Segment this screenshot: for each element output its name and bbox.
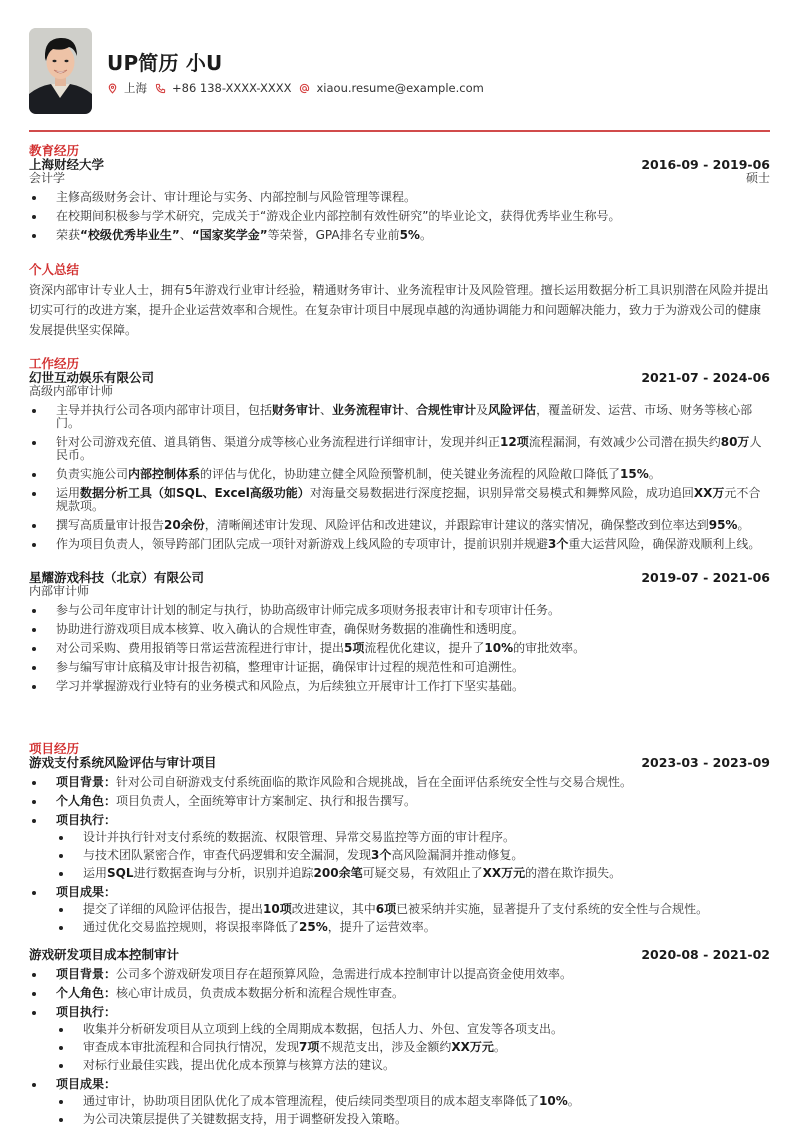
education-entry-sub: 会计学 硕士 bbox=[29, 172, 770, 185]
education-entry-head: 上海财经大学 2016-09 - 2019-06 bbox=[29, 158, 770, 172]
job-sub: 内部审计师 bbox=[29, 585, 770, 598]
section-title-work: 工作经历 bbox=[29, 357, 770, 371]
job-role: 内部审计师 bbox=[29, 585, 89, 598]
bullet-item: 荣获“校级优秀毕业生”、“国家奖学金”等荣誉，GPA排名专业前5%。 bbox=[29, 229, 770, 242]
project-bullets: 项目背景：针对公司自研游戏支付系统面临的欺诈风险和合规挑战，旨在全面评估系统安全… bbox=[29, 776, 770, 934]
company-name: 星耀游戏科技（北京）有限公司 bbox=[29, 571, 204, 585]
job-dates: 2021-07 - 2024-06 bbox=[641, 371, 770, 385]
field-label: 项目执行： bbox=[56, 1005, 116, 1019]
bullet-item: 参与公司年度审计计划的制定与执行，协助高级审计师完成多项财务报表审计和专项审计任… bbox=[29, 604, 770, 617]
education-dates: 2016-09 - 2019-06 bbox=[641, 158, 770, 172]
highlight-text: 15% bbox=[620, 467, 649, 481]
bullet-item: 参与编写审计底稿及审计报告初稿，整理审计证据，确保审计过程的规范性和可追溯性。 bbox=[29, 661, 770, 674]
results-list: 提交了详细的风险评估报告，提出10项改进建议，其中6项已被采纳并实施，显著提升了… bbox=[29, 903, 770, 934]
section-summary: 个人总结 资深内部审计专业人士，拥有5年游戏行业审计经验，精通财务审计、业务流程… bbox=[29, 263, 770, 340]
highlight-text: SQL bbox=[107, 866, 134, 880]
project-role: 个人角色：核心审计成员，负责成本数据分析和流程合规性审查。 bbox=[29, 987, 770, 1000]
highlight-text: 合规性审计 bbox=[416, 403, 476, 417]
execution-list: 收集并分析研发项目从立项到上线的全周期成本数据，包括人力、外包、宣发等各项支出。… bbox=[29, 1023, 770, 1072]
degree: 硕士 bbox=[746, 172, 770, 185]
summary-text: 资深内部审计专业人士，拥有5年游戏行业审计经验，精通财务审计、业务流程审计及风险… bbox=[29, 280, 770, 340]
project-head: 游戏支付系统风险评估与审计项目2023-03 - 2023-09 bbox=[29, 756, 770, 770]
highlight-text: 内部控制体系 bbox=[128, 467, 200, 481]
bullet-item: 在校期间积极参与学术研究，完成关于“游戏企业内部控制有效性研究”的毕业论文，获得… bbox=[29, 210, 770, 223]
bullet-item: 对公司采购、费用报销等日常运营流程进行审计，提出5项流程优化建议，提升了10%的… bbox=[29, 642, 770, 655]
bullet-item: 与技术团队紧密合作，审查代码逻辑和安全漏洞，发现3个高风险漏洞并推动修复。 bbox=[29, 849, 770, 862]
bullet-item: 对标行业最佳实践，提出优化成本预算与核算方法的建议。 bbox=[29, 1059, 770, 1072]
highlight-text: 业务流程审计 bbox=[332, 403, 404, 417]
bullet-item: 运用SQL进行数据查询与分析，识别并追踪200余笔可疑交易，有效阻止了XX万元的… bbox=[29, 867, 770, 880]
bullet-item: 撰写高质量审计报告20余份，清晰阐述审计发现、风险评估和改进建议，并跟踪审计建议… bbox=[29, 519, 770, 532]
highlight-text: 3个 bbox=[371, 848, 391, 862]
phone-icon bbox=[155, 83, 166, 94]
highlight-text: 3个 bbox=[548, 537, 568, 551]
job-bullets: 参与公司年度审计计划的制定与执行，协助高级审计师完成多项财务报表审计和专项审计任… bbox=[29, 604, 770, 693]
project-background: 项目背景：公司多个游戏研发项目存在超预算风险，急需进行成本控制审计以提高资金使用… bbox=[29, 968, 770, 981]
contact-row: 上海 +86 138-XXXX-XXXX xiaou.resume@exampl… bbox=[107, 80, 492, 96]
highlight-text: 7项 bbox=[299, 1040, 319, 1054]
job-entry: 星耀游戏科技（北京）有限公司 2019-07 - 2021-06 内部审计师 参… bbox=[29, 571, 770, 693]
project-role: 个人角色：项目负责人，全面统筹审计方案制定、执行和报告撰写。 bbox=[29, 795, 770, 808]
field-label: 项目背景： bbox=[56, 775, 116, 789]
job-dates: 2019-07 - 2021-06 bbox=[641, 571, 770, 585]
contact-email: xiaou.resume@example.com bbox=[299, 81, 483, 95]
school-name: 上海财经大学 bbox=[29, 158, 104, 172]
job-entry: 幻世互动娱乐有限公司 2021-07 - 2024-06 高级内部审计师 主导并… bbox=[29, 371, 770, 551]
field-label: 个人角色： bbox=[56, 986, 116, 1000]
job-bullets: 主导并执行公司各项内部审计项目，包括财务审计、业务流程审计、合规性审计及风险评估… bbox=[29, 404, 770, 551]
contact-location: 上海 bbox=[107, 80, 147, 96]
bullet-item: 运用数据分析工具（如SQL、Excel高级功能）对海量交易数据进行深度挖掘，识别… bbox=[29, 487, 770, 513]
highlight-text: “校级优秀毕业生” bbox=[80, 228, 180, 242]
highlight-text: 6项 bbox=[376, 902, 396, 916]
field-label: 项目背景： bbox=[56, 967, 116, 981]
bullet-item: 学习并掌握游戏行业特有的业务模式和风险点，为后续独立开展审计工作打下坚实基础。 bbox=[29, 680, 770, 693]
project-entry: 游戏研发项目成本控制审计2020-08 - 2021-02项目背景：公司多个游戏… bbox=[29, 948, 770, 1126]
header-divider bbox=[29, 130, 770, 132]
highlight-text: 12项 bbox=[500, 435, 529, 449]
avatar-photo bbox=[29, 28, 92, 114]
execution-list: 设计并执行针对支付系统的数据流、权限管理、异常交易监控等方面的审计程序。与技术团… bbox=[29, 831, 770, 880]
bullet-item: 主导并执行公司各项内部审计项目，包括财务审计、业务流程审计、合规性审计及风险评估… bbox=[29, 404, 770, 430]
project-results: 项目成果：提交了详细的风险评估报告，提出10项改进建议，其中6项已被采纳并实施，… bbox=[29, 886, 770, 934]
section-projects: 项目经历 游戏支付系统风险评估与审计项目2023-03 - 2023-09项目背… bbox=[29, 742, 770, 1126]
highlight-text: “国家奖学金” bbox=[192, 228, 268, 242]
contact-phone: +86 138-XXXX-XXXX bbox=[155, 81, 291, 95]
bullet-item: 审查成本审批流程和合同执行情况，发现7项不规范支出，涉及金额约XX万元。 bbox=[29, 1041, 770, 1054]
job-role: 高级内部审计师 bbox=[29, 385, 113, 398]
project-dates: 2020-08 - 2021-02 bbox=[641, 948, 770, 962]
bullet-item: 通过优化交易监控规则，将误报率降低了25%，提升了运营效率。 bbox=[29, 921, 770, 934]
bullet-item: 作为项目负责人，领导跨部门团队完成一项针对新游戏上线风险的专项审计，提前识别并规… bbox=[29, 538, 770, 551]
education-bullets: 主修高级财务会计、审计理论与实务、内部控制与风险管理等课程。在校期间积极参与学术… bbox=[29, 191, 770, 242]
bullet-item: 负责实施公司内部控制体系的评估与优化，协助建立健全风险预警机制，使关键业务流程的… bbox=[29, 468, 770, 481]
job-head: 幻世互动娱乐有限公司 2021-07 - 2024-06 bbox=[29, 371, 770, 385]
highlight-text: 10% bbox=[484, 641, 513, 655]
section-title-education: 教育经历 bbox=[29, 144, 770, 158]
highlight-text: 80万 bbox=[721, 435, 750, 449]
bullet-item: 为公司决策层提供了关键数据支持，用于调整研发投入策略。 bbox=[29, 1113, 770, 1126]
highlight-text: 20余份 bbox=[164, 518, 205, 532]
project-bullets: 项目背景：公司多个游戏研发项目存在超预算风险，急需进行成本控制审计以提高资金使用… bbox=[29, 968, 770, 1126]
highlight-text: 5% bbox=[400, 228, 420, 242]
highlight-text: 10% bbox=[539, 1094, 568, 1108]
project-name: 游戏研发项目成本控制审计 bbox=[29, 948, 179, 962]
project-dates: 2023-03 - 2023-09 bbox=[641, 756, 770, 770]
highlight-text: 5项 bbox=[344, 641, 364, 655]
email-text[interactable]: xiaou.resume@example.com bbox=[316, 81, 483, 95]
results-list: 通过审计，协助项目团队优化了成本管理流程，使后续同类型项目的成本超支率降低了10… bbox=[29, 1095, 770, 1126]
section-title-summary: 个人总结 bbox=[29, 263, 770, 277]
highlight-text: 数据分析工具（如SQL、Excel高级功能） bbox=[80, 486, 310, 500]
project-results: 项目成果：通过审计，协助项目团队优化了成本管理流程，使后续同类型项目的成本超支率… bbox=[29, 1078, 770, 1126]
project-execution: 项目执行：收集并分析研发项目从立项到上线的全周期成本数据，包括人力、外包、宣发等… bbox=[29, 1006, 770, 1072]
job-head: 星耀游戏科技（北京）有限公司 2019-07 - 2021-06 bbox=[29, 571, 770, 585]
location-text: 上海 bbox=[124, 80, 147, 96]
project-name: 游戏支付系统风险评估与审计项目 bbox=[29, 756, 217, 770]
bullet-item: 提交了详细的风险评估报告，提出10项改进建议，其中6项已被采纳并实施，显著提升了… bbox=[29, 903, 770, 916]
highlight-text: 25% bbox=[299, 920, 328, 934]
bullet-item: 通过审计，协助项目团队优化了成本管理流程，使后续同类型项目的成本超支率降低了10… bbox=[29, 1095, 770, 1108]
highlight-text: XX万 bbox=[694, 486, 725, 500]
field-label: 项目执行： bbox=[56, 813, 116, 827]
major: 会计学 bbox=[29, 172, 65, 185]
candidate-name: UP简历 小U bbox=[107, 47, 223, 76]
bullet-item: 针对公司游戏充值、道具销售、渠道分成等核心业务流程进行详细审计，发现并纠正12项… bbox=[29, 436, 770, 462]
bullet-item: 收集并分析研发项目从立项到上线的全周期成本数据，包括人力、外包、宣发等各项支出。 bbox=[29, 1023, 770, 1036]
resume-page: UP简历 小U 上海 +86 138-XXXX-XXXX xiaou.resum… bbox=[29, 0, 770, 130]
highlight-text: 10项 bbox=[263, 902, 292, 916]
highlight-text: XX万元 bbox=[483, 866, 526, 880]
field-label: 个人角色： bbox=[56, 794, 116, 808]
project-background: 项目背景：针对公司自研游戏支付系统面临的欺诈风险和合规挑战，旨在全面评估系统安全… bbox=[29, 776, 770, 789]
highlight-text: 风险评估 bbox=[488, 403, 536, 417]
highlight-text: 财务审计 bbox=[272, 403, 320, 417]
field-label: 项目成果： bbox=[56, 885, 116, 899]
company-name: 幻世互动娱乐有限公司 bbox=[29, 371, 154, 385]
bullet-item: 主修高级财务会计、审计理论与实务、内部控制与风险管理等课程。 bbox=[29, 191, 770, 204]
highlight-text: XX万元 bbox=[451, 1040, 494, 1054]
location-pin-icon bbox=[107, 83, 118, 94]
section-title-projects: 项目经历 bbox=[29, 742, 770, 756]
project-entry: 游戏支付系统风险评估与审计项目2023-03 - 2023-09项目背景：针对公… bbox=[29, 756, 770, 934]
bullet-item: 设计并执行针对支付系统的数据流、权限管理、异常交易监控等方面的审计程序。 bbox=[29, 831, 770, 844]
section-education: 教育经历 上海财经大学 2016-09 - 2019-06 会计学 硕士 主修高… bbox=[29, 144, 770, 242]
project-execution: 项目执行：设计并执行针对支付系统的数据流、权限管理、异常交易监控等方面的审计程序… bbox=[29, 814, 770, 880]
section-work: 工作经历 幻世互动娱乐有限公司 2021-07 - 2024-06 高级内部审计… bbox=[29, 357, 770, 693]
bullet-item: 协助进行游戏项目成本核算、收入确认的合规性审查，确保财务数据的准确性和透明度。 bbox=[29, 623, 770, 636]
highlight-text: 200余笔 bbox=[314, 866, 363, 880]
field-label: 项目成果： bbox=[56, 1077, 116, 1091]
at-sign-icon bbox=[299, 83, 310, 94]
highlight-text: 95% bbox=[709, 518, 738, 532]
project-head: 游戏研发项目成本控制审计2020-08 - 2021-02 bbox=[29, 948, 770, 962]
phone-text[interactable]: +86 138-XXXX-XXXX bbox=[172, 81, 291, 95]
resume-header: UP简历 小U 上海 +86 138-XXXX-XXXX xiaou.resum… bbox=[29, 0, 770, 130]
job-sub: 高级内部审计师 bbox=[29, 385, 770, 398]
